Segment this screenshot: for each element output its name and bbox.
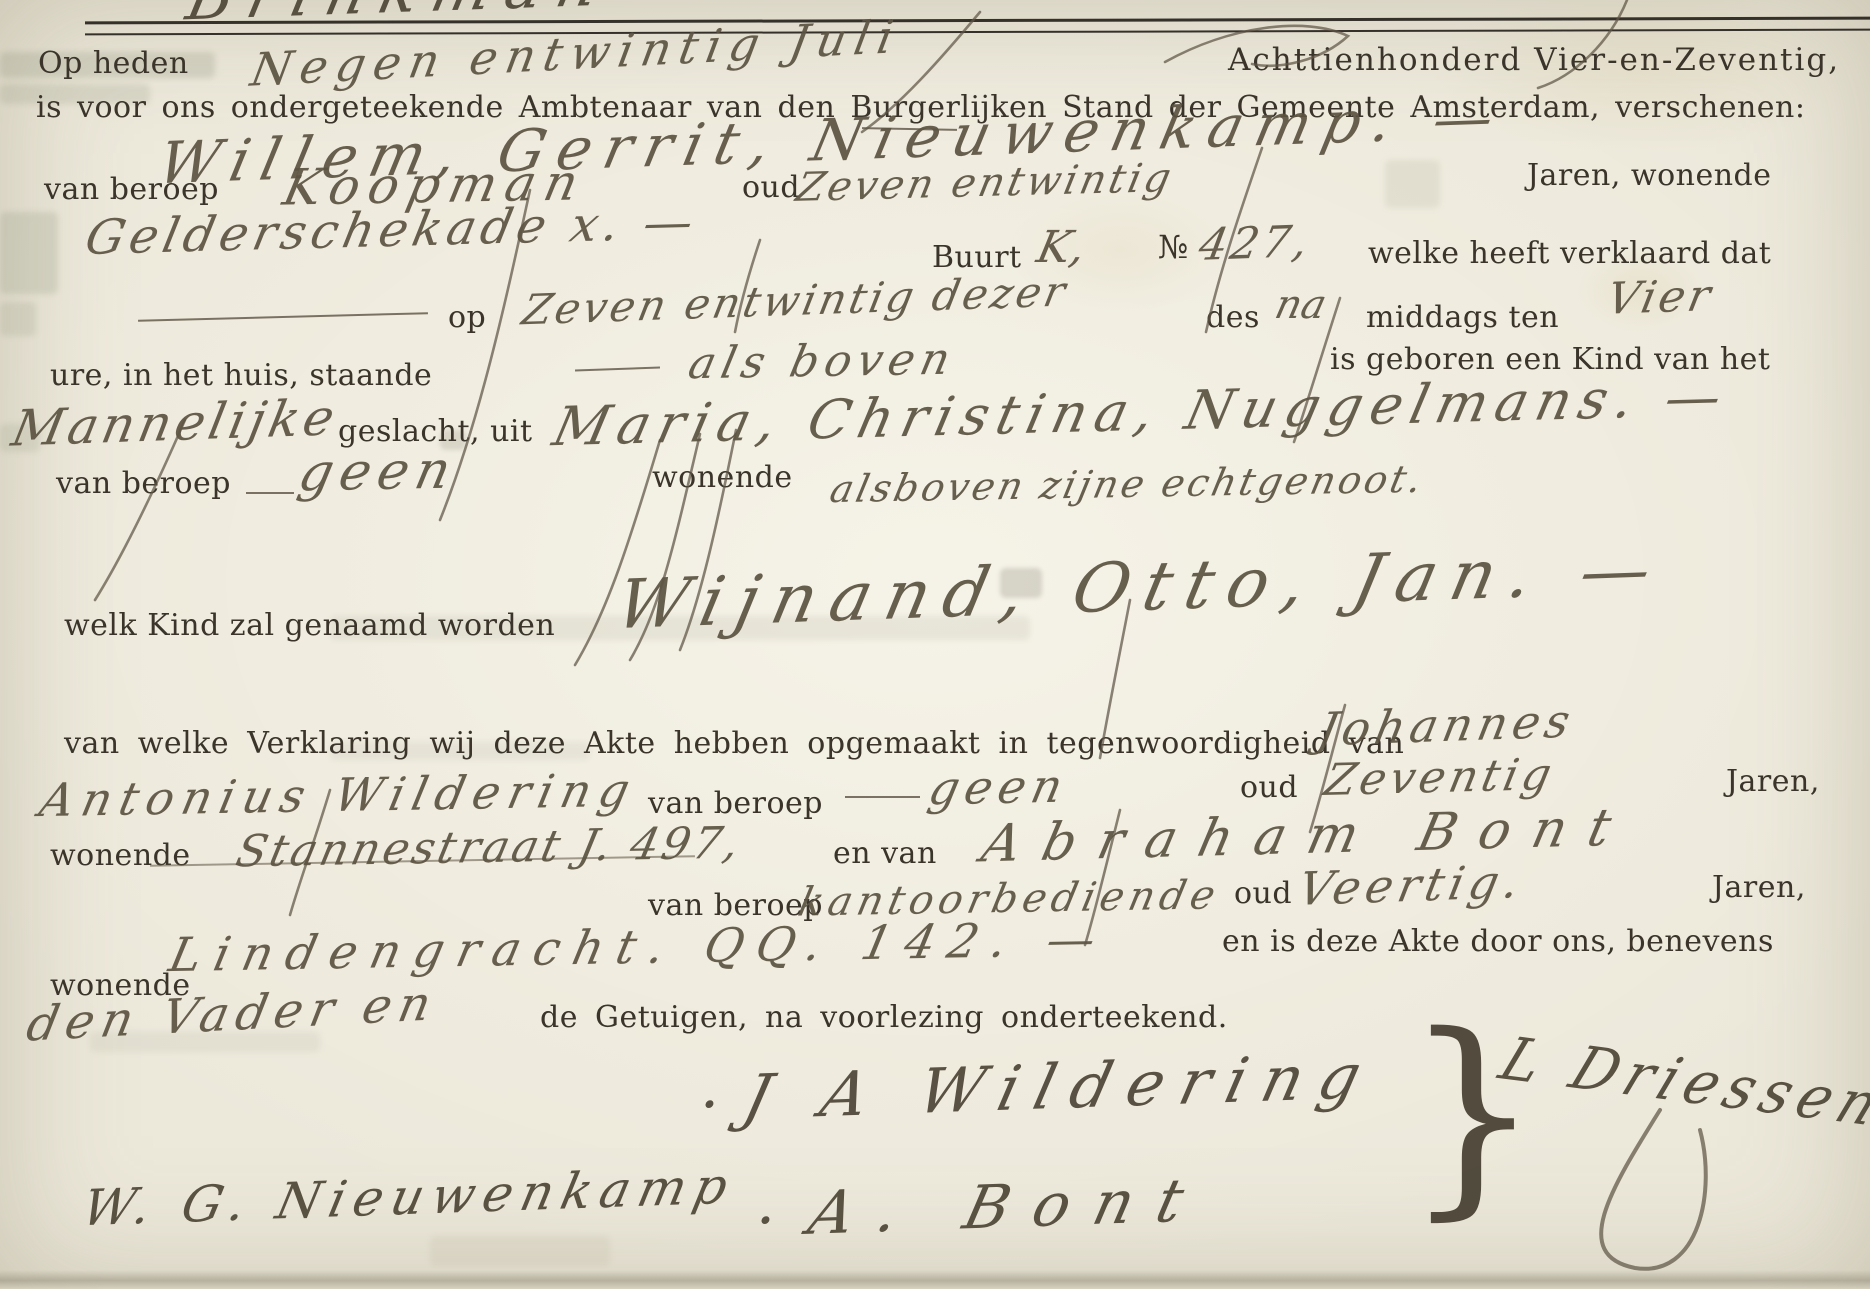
hand-dagdeel: na	[1271, 282, 1331, 328]
label-slot1: en is deze Akte door ons, benevens	[1222, 924, 1774, 959]
label-slot2: de Getuigen, na voorlezing onderteekend.	[540, 1000, 1228, 1035]
blank-filler-dash	[845, 796, 920, 798]
label-ure-huis: ure, in het huis, staande	[50, 358, 432, 393]
label-van-beroep-w1: van beroep	[648, 786, 823, 821]
label-jaren-w2: Jaren,	[1712, 870, 1806, 905]
hand-mother-address: alsboven zijne echtgenoot.	[826, 457, 1429, 511]
hand-birth-hour: Vier	[1603, 270, 1718, 325]
label-child-name: welk Kind zal genaamd worden	[64, 608, 555, 643]
label-oud-w2: oud	[1234, 876, 1292, 911]
bleed-through-mark	[0, 212, 58, 294]
label-en-van: en van	[833, 836, 937, 871]
label-wonende-w1: wonende	[50, 838, 191, 873]
label-verklaard: welke heeft verklaard dat	[1368, 236, 1771, 271]
label-wonende-mother: wonende	[652, 460, 793, 495]
label-oud-w1: oud	[1240, 770, 1298, 805]
birth-certificate-page: Brinkman Op heden Negen entwintig Juli A…	[0, 0, 1870, 1289]
page-edge-shadow	[0, 1270, 1870, 1289]
signature-registrar: L Driessen	[1491, 1024, 1870, 1140]
double-rule-bottom	[85, 29, 1870, 36]
bleed-through-mark	[430, 1236, 610, 1266]
hand-witness2-age: Veertig.	[1294, 854, 1529, 916]
hand-witness2-address: Lindengracht. QQ. 142. —	[164, 912, 1113, 983]
label-des: des	[1206, 300, 1260, 335]
hand-witness1-name: Antonius Wildering	[35, 763, 642, 827]
label-op-heden: Op heden	[38, 46, 189, 81]
label-huisnummer-no: №	[1158, 228, 1189, 266]
hand-geslacht: Mannelijke	[7, 388, 343, 457]
signature-dot: ·	[756, 1186, 775, 1256]
hand-child-name: Wijnand, Otto, Jan. —	[609, 530, 1672, 645]
hand-witness1-beroep: geen	[924, 759, 1074, 815]
label-jaren-wonende: Jaren, wonende	[1527, 158, 1772, 193]
label-witness-intro: van welke Verklaring wij deze Akte hebbe…	[64, 726, 1404, 761]
hand-birth-house: als boven	[684, 334, 961, 390]
label-oud-declarant: oud	[742, 170, 800, 205]
hand-declarant-age: Zeven entwintig	[792, 155, 1178, 211]
hand-birth-date: Zeven entwintig dezer	[518, 267, 1072, 335]
signature-witness2: A. Bont	[802, 1165, 1214, 1249]
hand-witness1-address: Stannestraat J. 497,	[232, 818, 747, 878]
blank-filler-dash	[575, 367, 660, 372]
label-year: Achttienhonderd Vier-en-Zeventig,	[1228, 42, 1840, 78]
hand-witness1-age: Zeventig	[1320, 749, 1559, 806]
label-van-beroep-declarant: van beroep	[44, 172, 219, 207]
blank-filler-dash	[246, 492, 294, 494]
bleed-through-mark	[1385, 160, 1440, 208]
hand-mother-beroep: geen	[293, 441, 463, 504]
hand-huisnummer: 427,	[1195, 216, 1315, 271]
label-jaren-w1: Jaren,	[1726, 764, 1820, 799]
label-middags-ten: middags ten	[1366, 300, 1559, 335]
signature-father: W. G. Nieuwenkamp	[77, 1157, 741, 1238]
label-op: op	[448, 300, 486, 335]
blank-filler-dash	[138, 312, 428, 322]
signature-witness1: J A Wildering	[737, 1039, 1384, 1134]
bleed-through-mark	[0, 302, 36, 336]
signature-dot: ·	[700, 1070, 719, 1140]
hand-witness1-firstname: Johannes	[1314, 694, 1580, 757]
label-van-beroep-mother: van beroep	[56, 466, 231, 501]
hand-buurt: K,	[1033, 222, 1091, 273]
